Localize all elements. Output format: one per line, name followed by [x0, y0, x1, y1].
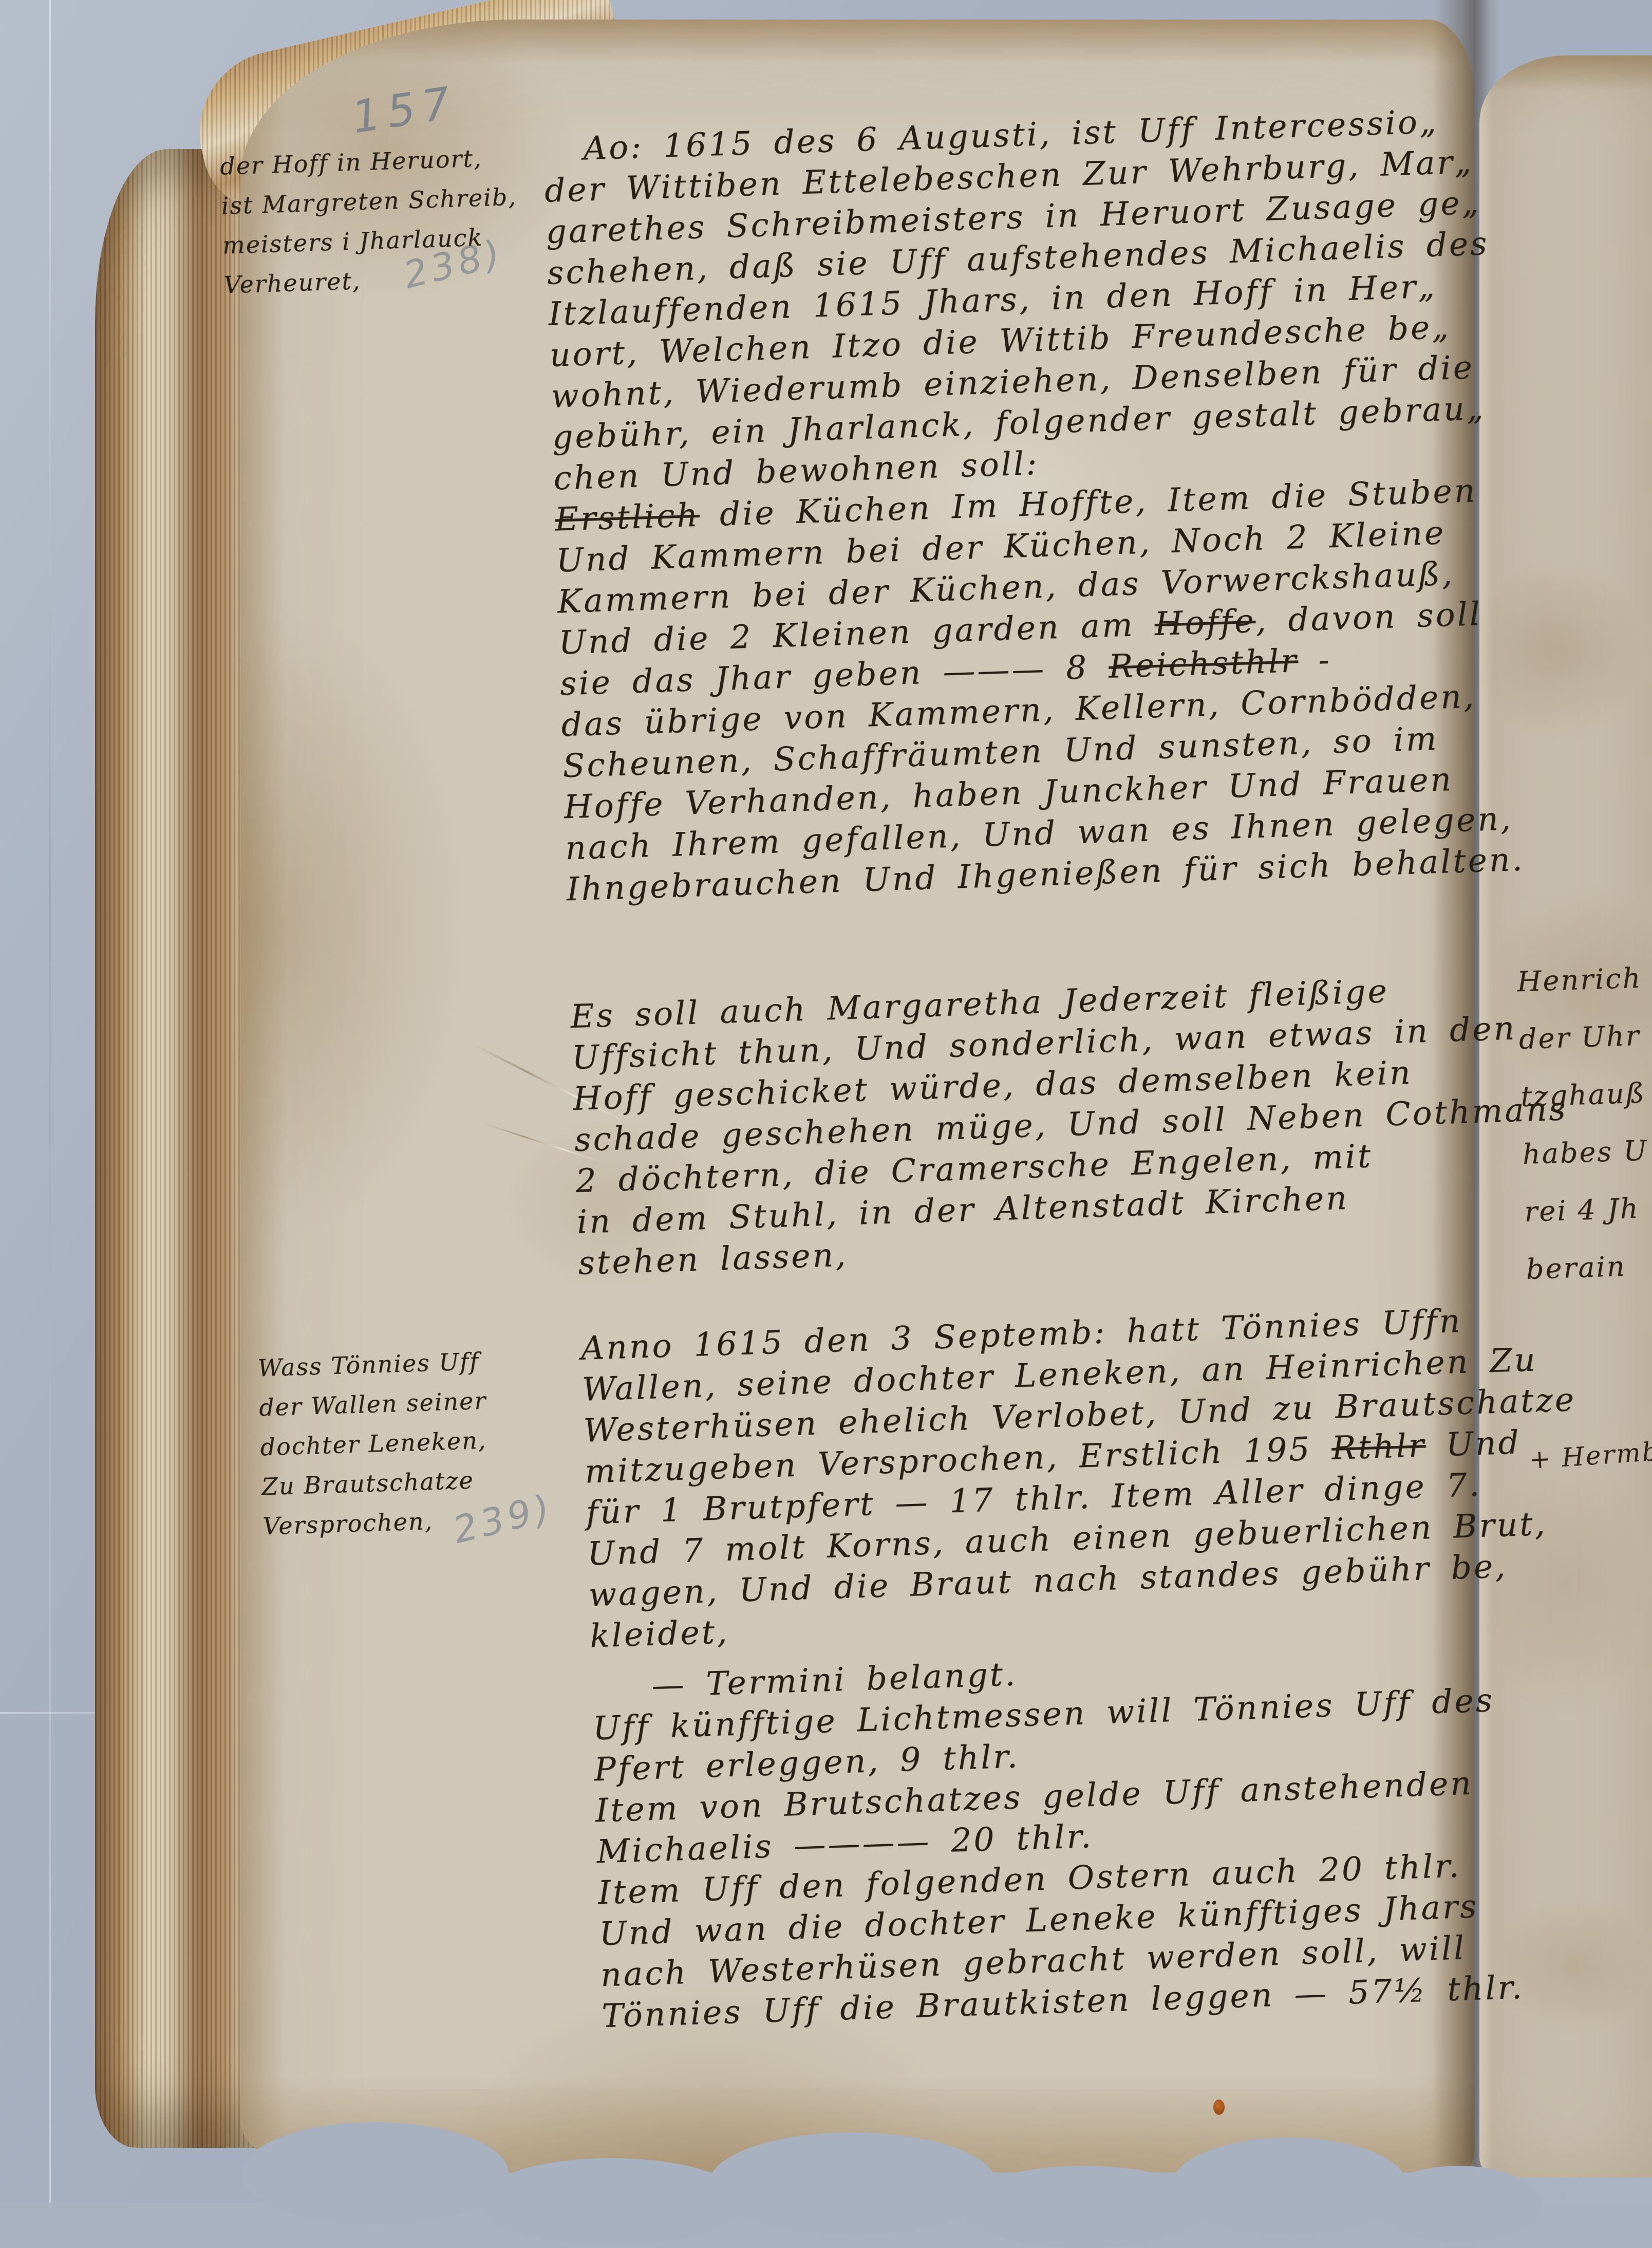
text-line: rei 4 Jh [1524, 1178, 1652, 1241]
entry-1615-august-lease: Ao: 1615 des 6 Augusti, ist Uff Interces… [542, 99, 1522, 910]
rust-ink-spot [1213, 2100, 1225, 2115]
margin-note-lease: der Hoff in Heruort,ist Margreten Schrei… [219, 137, 542, 305]
pencil-folio-number: 157 [349, 77, 461, 143]
right-page-cross-annotation: + Hermbrd [1528, 1434, 1652, 1475]
text-line: Henrich [1516, 948, 1652, 1011]
margin-note-dowry: Wass Tönnies Uffder Wallen seinerdochter… [257, 1339, 582, 1546]
text-line: habes U [1522, 1121, 1652, 1183]
text-line: tzghauß [1520, 1063, 1652, 1126]
entry-1615-september-betrothal: Anno 1615 den 3 Septemb: hatt Tönnies Uf… [580, 1298, 1546, 1657]
entry-payment-terms: — Termini belangt.Uff künfftige Lichtmes… [591, 1637, 1557, 2037]
entry-margaretha-duties: Es soll auch Margaretha Jederzeit fleißi… [570, 967, 1534, 1284]
handwriting-layer: 157 238) 239) der Hoff in Heruort,ist Ma… [0, 0, 1652, 2203]
right-page-text-fragments: Henrichder Uhrtzghaußhabes Urei 4 Jhbera… [1516, 948, 1652, 1298]
text-line: der Uhr [1518, 1006, 1652, 1068]
text-line: berain [1525, 1236, 1652, 1298]
